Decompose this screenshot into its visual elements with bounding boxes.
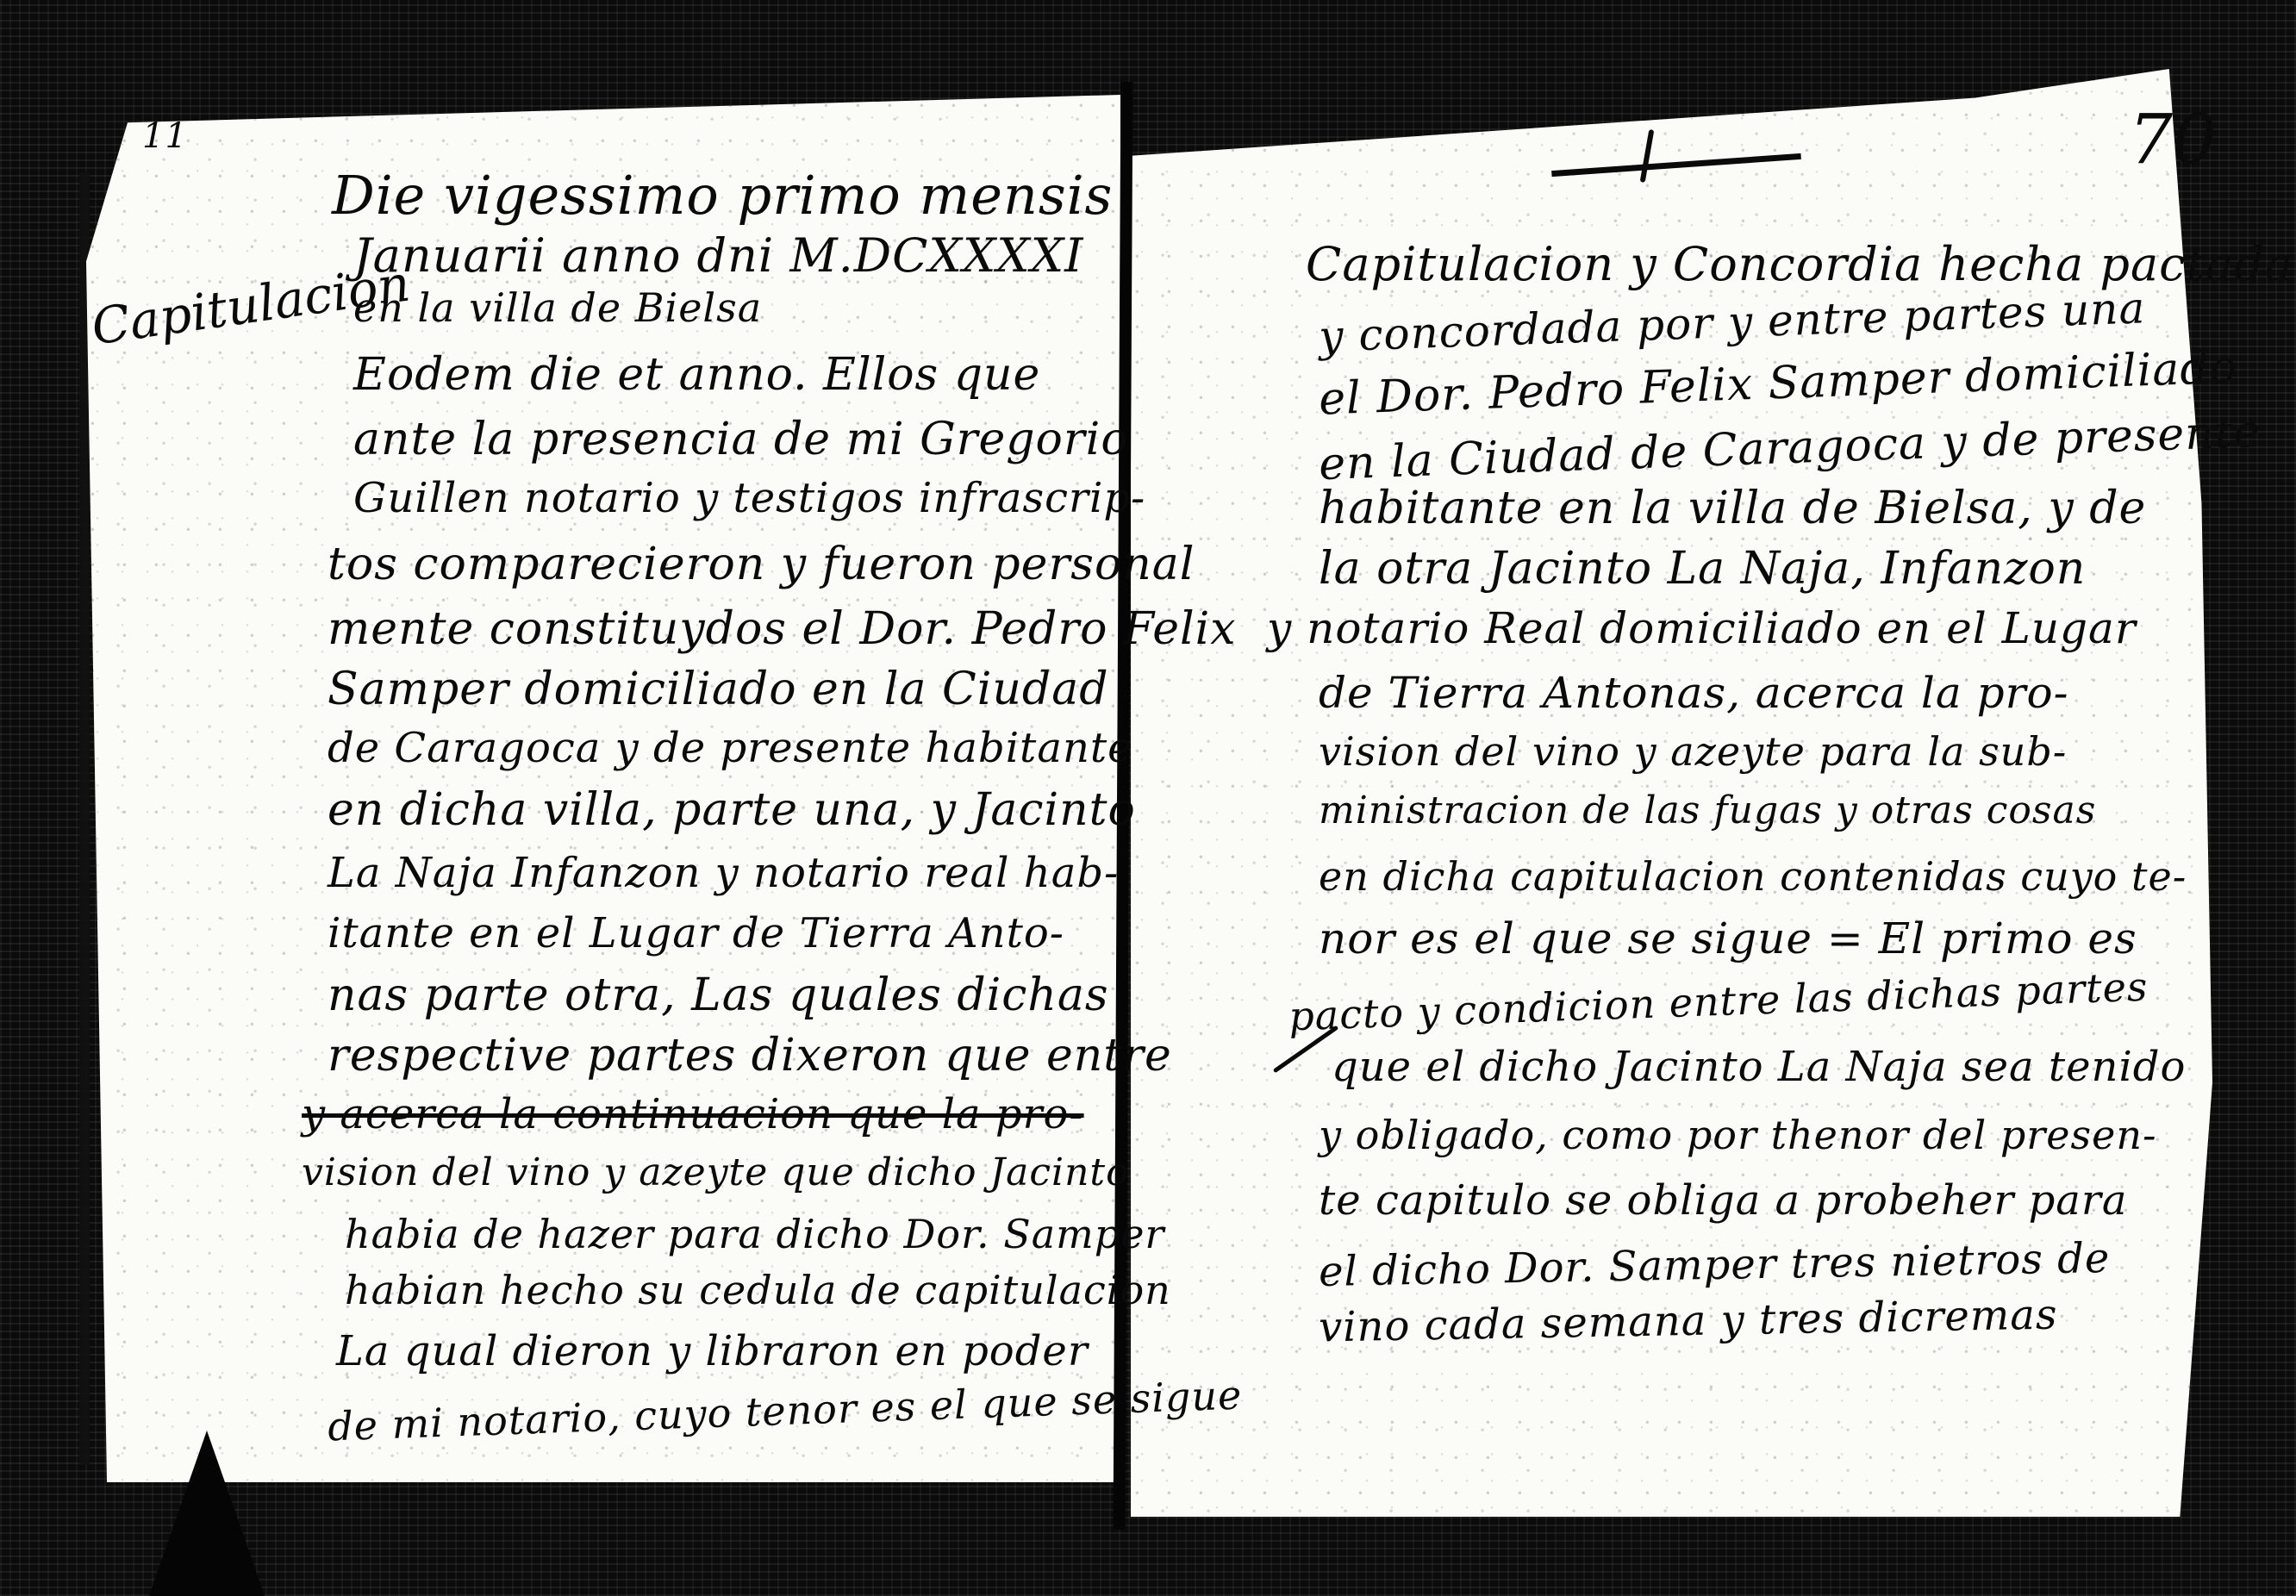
left-line-18: habia de hazer para dicho Dor. Samper [345, 1211, 1164, 1257]
right-line-14: que el dicho Jacinto La Naja sea tenido [1332, 1043, 2186, 1091]
left-line-7: tos comparecieron y fueron personal [328, 539, 1195, 590]
left-line-6: Guillen notario y testigos infrascrip- [353, 474, 1145, 522]
left-line-12: La Naja Infanzon y notario real hab- [328, 849, 1119, 897]
left-line-14: nas parte otra, Las quales dichas [328, 969, 1109, 1021]
page-fold-shadow [147, 1431, 267, 1596]
left-line-20: La qual dieron y libraron en poder [336, 1327, 1089, 1375]
left-line-10: de Caragoca y de presente habitante [328, 724, 1133, 772]
cross-mark-icon [1551, 129, 1801, 190]
left-line-1: Die vigessimo primo mensis [332, 164, 1113, 227]
left-line-13: itante en el Lugar de Tierra Anto- [328, 909, 1064, 957]
left-line-4: Eodem die et anno. Ellos que [353, 349, 1040, 401]
right-line-16: te capitulo se obliga a probeher para [1319, 1176, 2127, 1225]
right-line-11: en dicha capitulacion contenidas cuyo te… [1319, 853, 2187, 900]
right-line-8: de Tierra Antonas, acerca la pro- [1319, 668, 2069, 718]
left-corner-mark: 11 [142, 116, 188, 156]
left-line-11: en dicha villa, parte una, y Jacinto [328, 784, 1136, 836]
left-line-5: ante la presencia de mi Gregorio [353, 414, 1129, 465]
left-line-15: respective partes dixeron que entre [328, 1030, 1172, 1082]
left-line-16-struck: y acerca la continuacion que la pro- [302, 1090, 1084, 1138]
left-line-17: vision del vino y azeyte que dicho Jacin… [302, 1150, 1130, 1194]
left-line-8: mente constituydos el Dor. Pedro Felix [328, 603, 1237, 655]
right-line-12: nor es el que se sigue = El primo es [1319, 913, 2137, 963]
right-line-7: y notario Real domiciliado en el Lugar [1267, 603, 2137, 653]
right-line-5: habitante en la villa de Bielsa, y de [1319, 483, 2146, 534]
right-line-6: la otra Jacinto La Naja, Infanzon [1319, 543, 2086, 595]
left-line-3: en la villa de Bielsa [353, 284, 762, 331]
right-line-1: Capitulacion y Concordia hecha pactada [1306, 237, 2293, 291]
right-line-10: ministracion de las fugas y otras cosas [1319, 789, 2096, 832]
left-line-9: Samper domiciliado en la Ciudad [328, 664, 1109, 715]
left-line-16: y acerca la continuacion que la pro- [302, 1090, 1084, 1138]
right-line-9: vision del vino y azeyte para la sub- [1319, 728, 2067, 775]
right-line-15: y obligado, como por thenor del presen- [1319, 1112, 2157, 1158]
left-line-2: Januarii anno dni M.DCXXXXI [353, 228, 1084, 283]
folio-number: 70 [2129, 99, 2217, 179]
left-line-19: habian hecho su cedula de capitulacion [345, 1267, 1171, 1313]
